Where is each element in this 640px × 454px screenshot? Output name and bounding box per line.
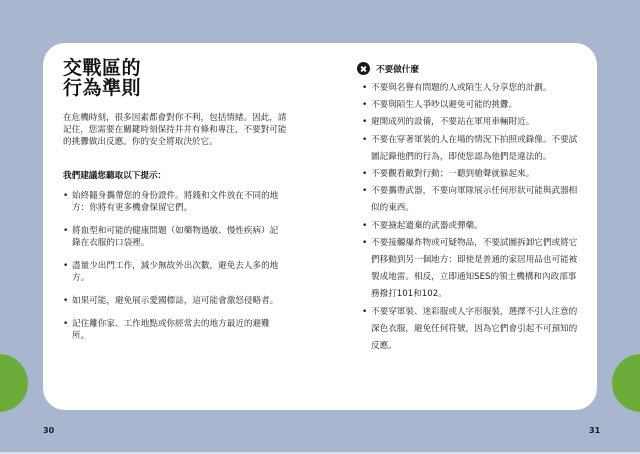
x-circle-icon	[357, 62, 370, 75]
donts-title: 不要做什麼	[376, 63, 419, 75]
title-line-1: 交戰區的	[63, 58, 141, 78]
dont-item: 避開成列的設備，不要站在軍用車輛附近。	[362, 114, 582, 131]
dont-item: 不要攜帶武器，不要向軍隊展示任何形狀可能與武器相似的東西。	[362, 183, 582, 217]
intro-paragraph: 在危機時刻，很多因素都會對你不利，包括情緒。因此，請記住，您需要在關鍵時刻保持井…	[63, 112, 288, 148]
donts-list: 不要與名譽有問題的人或陌生人分享您的計劃。 不要與陌生人爭吵以避免可能的挑釁。 …	[362, 80, 582, 355]
dont-item: 不要在穿著軍裝的人在場的情況下拍照或錄像。不要試圖記錄他們的行為，即使您認為他們…	[362, 132, 582, 166]
decorative-green-circle-left	[0, 354, 28, 412]
tip-item: 盡量少出門工作，減少無故外出次數，避免去人多的地方。	[63, 260, 283, 284]
page-number-right: 31	[589, 426, 600, 435]
decorative-green-circle-right	[612, 354, 640, 412]
dont-item: 不要觀看敵對行動；一聽到槍聲就躲起來。	[362, 166, 582, 183]
tip-item: 記住離你家、工作地點或你經常去的地方最近的避難所。	[63, 318, 283, 342]
page-number-left: 30	[43, 426, 54, 435]
tip-item: 如果可能，避免展示愛國標誌，這可能會激怒侵略者。	[63, 295, 283, 307]
dont-item: 不要與名譽有問題的人或陌生人分享您的計劃。	[362, 80, 582, 97]
page-title: 交戰區的 行為準則	[63, 58, 141, 98]
tips-heading: 我們建議您聽取以下提示：	[63, 170, 166, 182]
tip-item: 始終隨身攜帶您的身份證件。將錢和文件放在不同的地方：你將有更多機會保留它們。	[63, 190, 283, 214]
donts-header: 不要做什麼	[357, 62, 419, 75]
tips-list: 始終隨身攜帶您的身份證件。將錢和文件放在不同的地方：你將有更多機會保留它們。 將…	[63, 190, 283, 353]
tip-item: 將血型和可能的健康問題（如藥物過敏、慢性疾病）記錄在衣服的口袋裡。	[63, 225, 283, 249]
title-line-2: 行為準則	[63, 78, 141, 98]
dont-item: 不要穿軍裝、迷彩服或人字形服裝，選擇不引人注意的深色衣服，避免任何符號，因為它們…	[362, 304, 582, 356]
dont-item: 不要撿起遺棄的武器或彈藥。	[362, 218, 582, 235]
dont-item: 不要接觸爆炸物或可疑物品，不要試圖拆卸它們或將它們移動到另一個地方：即使是普通的…	[362, 235, 582, 304]
dont-item: 不要與陌生人爭吵以避免可能的挑釁。	[362, 97, 582, 114]
